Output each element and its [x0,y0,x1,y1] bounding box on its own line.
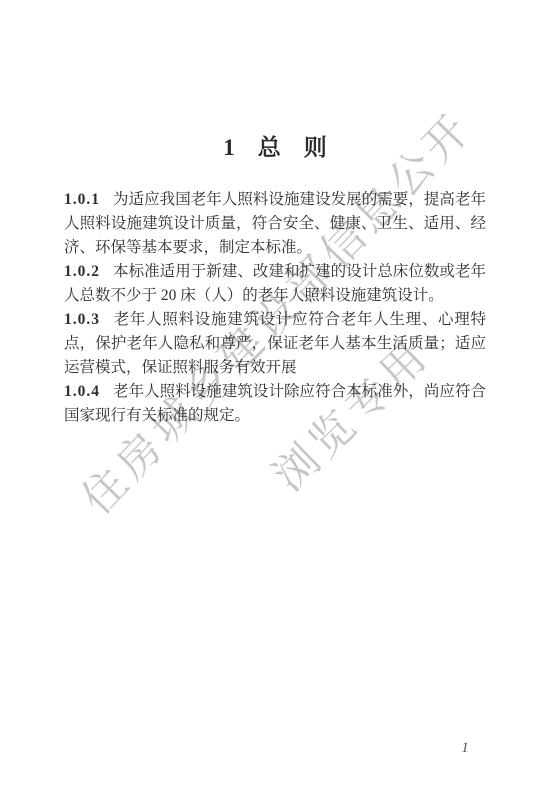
clause-1-0-3: 1.0.3老年人照料设施建筑设计应符合老年人生理、心理特点，保护老年人隐私和尊严… [64,308,486,380]
document-page: 住房城乡建设部信息公开 浏览专用 1 总 则 1.0.1为适应我国老年人照料设施… [0,0,550,796]
clauses-block: 1.0.1为适应我国老年人照料设施建设发展的需要，提高老年人照料设施建筑设计质量… [64,188,486,428]
clause-1-0-2: 1.0.2本标准适用于新建、改建和扩建的设计总床位数或老年人总数不少于 20 床… [64,260,486,308]
clause-1-0-1-number: 1.0.1 [64,191,100,208]
clause-1-0-4: 1.0.4老年人照料设施建筑设计除应符合本标准外，尚应符合国家现行有关标准的规定… [64,380,486,428]
clause-1-0-1: 1.0.1为适应我国老年人照料设施建设发展的需要，提高老年人照料设施建筑设计质量… [64,188,486,260]
clause-1-0-3-text: 老年人照料设施建筑设计应符合老年人生理、心理特点，保护老年人隐私和尊严，保证老年… [64,311,486,376]
clause-1-0-1-text: 为适应我国老年人照料设施建设发展的需要，提高老年人照料设施建筑设计质量，符合安全… [64,191,486,256]
clause-1-0-4-number: 1.0.4 [64,383,100,400]
page-number: 1 [455,740,475,757]
clause-1-0-2-text: 本标准适用于新建、改建和扩建的设计总床位数或老年人总数不少于 20 床（人）的老… [64,263,486,304]
section-title: 1 总 则 [0,133,550,163]
clause-1-0-3-number: 1.0.3 [64,311,100,328]
clause-1-0-4-text: 老年人照料设施建筑设计除应符合本标准外，尚应符合国家现行有关标准的规定。 [64,383,486,424]
clause-1-0-2-number: 1.0.2 [64,263,100,280]
